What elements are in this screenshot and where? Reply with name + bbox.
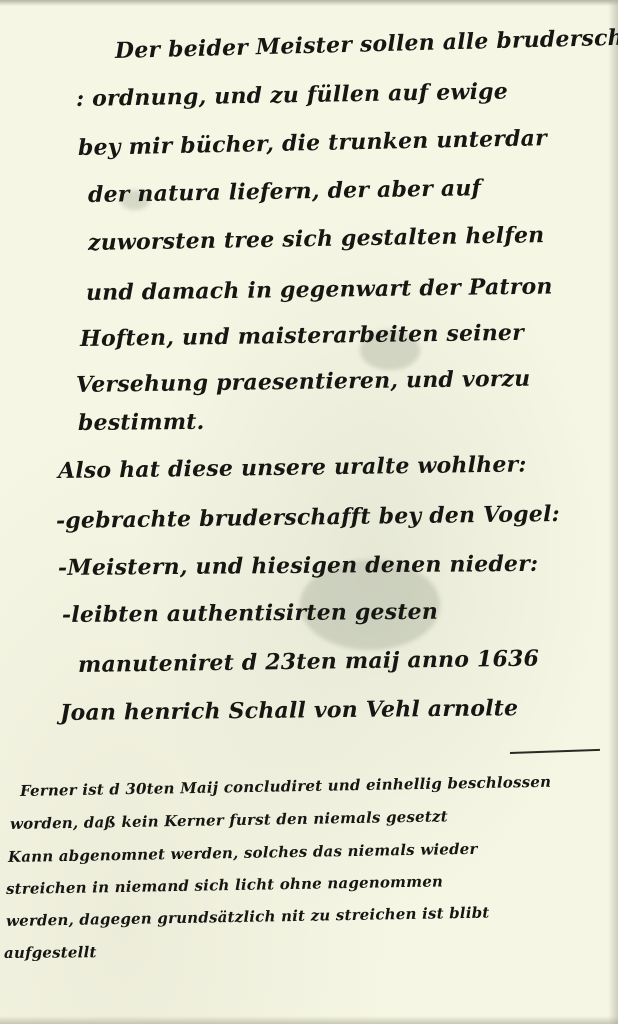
main-text-line-3: bey mir bücher, die trunken unterdar xyxy=(78,125,547,161)
main-text-line-7: Hoften, und maisterarbeiten seiner xyxy=(80,320,524,352)
addendum-line-2: worden, daß kein Kerner furst den niemal… xyxy=(10,807,448,833)
main-text-line-2: : ordnung, und zu füllen auf ewige xyxy=(76,78,508,112)
addendum-line-6: aufgestellt xyxy=(4,943,97,962)
addendum-line-4: streichen in niemand sich licht ohne nag… xyxy=(6,872,443,898)
main-text-line-10: Also hat diese unsere uralte wohlher: xyxy=(58,451,527,484)
main-text-line-14-date: manuteniret d 23ten maij anno 1636 xyxy=(78,646,539,678)
main-text-line-11: -gebrachte bruderschafft bey den Vogel: xyxy=(56,501,560,534)
manuscript-page: Der beider Meister sollen alle brudersch… xyxy=(0,0,618,1024)
page-top-edge xyxy=(0,0,618,6)
main-text-line-8: Versehung praesentieren, und vorzu xyxy=(76,366,531,398)
addendum-line-5: werden, dagegen grundsätzlich nit zu str… xyxy=(6,904,490,930)
main-text-line-6: und damach in gegenwart der Patron xyxy=(86,273,553,306)
page-right-edge xyxy=(608,0,618,1024)
main-text-line-1: Der beider Meister sollen alle brudersch… xyxy=(115,23,618,64)
main-text-line-15-signature: Joan henrich Schall von Vehl arnolte xyxy=(60,695,519,726)
addendum-line-3: Kann abgenomnet werden, solches das niem… xyxy=(8,840,478,866)
main-text-line-4: der natura liefern, der aber auf xyxy=(88,175,482,208)
main-text-line-5: zuworsten tree sich gestalten helfen xyxy=(88,222,545,256)
signature-underline xyxy=(510,749,600,754)
main-text-line-13: -leibten authentisirten gesten xyxy=(62,599,438,628)
main-text-line-9: bestimmt. xyxy=(78,409,205,436)
page-bottom-edge xyxy=(0,1016,618,1024)
main-text-line-12: -Meistern, und hiesigen denen nieder: xyxy=(58,551,539,581)
addendum-line-1: Ferner ist d 30ten Maij concludiret und … xyxy=(20,773,551,800)
